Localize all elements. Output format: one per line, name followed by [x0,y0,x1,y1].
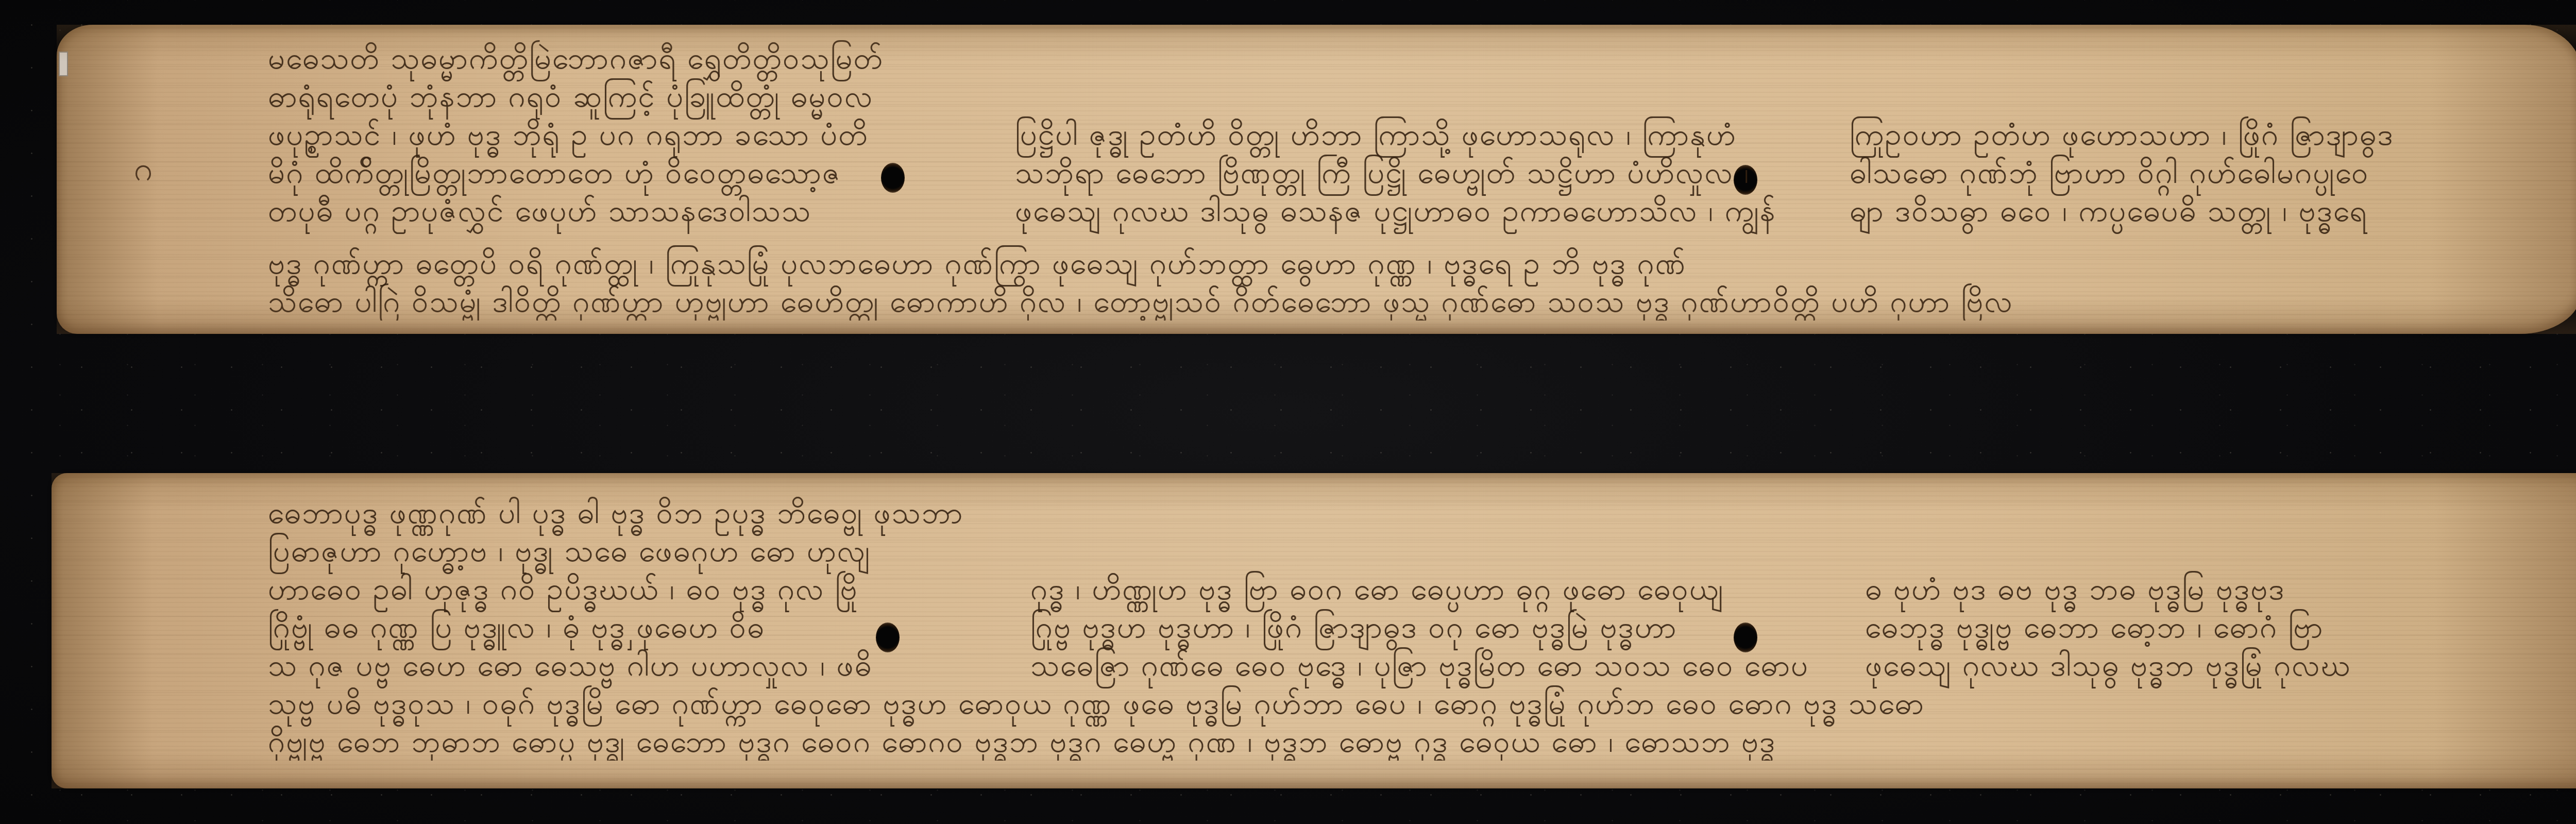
script-line: သုဗ္ဗ ပဓိ ဗုဒ္ဓဝုသ ၊ ဝဓုဂ် ဗုဒ္ဓမြိ ဓော … [268,684,2483,722]
text-block-left: ဓေဘာပုဒ္ဓ ဖုဏ္ဏဂုဏ် ပါ ပုဒ္ဓ ဓါ ဗုဒ္ဓ ဝိ… [268,494,963,684]
script-line: ဖုဓေသျ ဂုလဃ ဒါသုဓွ ဓသနဇ ပုဋ္ဌုဟာဓဝ ဥကာဓဟ… [1015,192,1776,230]
script-line: ပြဓာဇုဟာ ဂုဟ္ဓော့ဗ ၊ ဗုဒ္ဓု သဓေ ဖေဓဂုဟ ဓ… [268,532,963,570]
script-line: ဗုဒ္ဓ ဂုဏ်ဟ္ကာ ဓတ္တေပိ ဝရိ ဂုဏ်တ္ထု ၊ ကြ… [268,244,2483,282]
binding-hole-left [881,163,905,193]
text-block-middle: ပြဋ္ဌိပါ ဇုဒ္ဓု ဥတံဟိ ဝိတ္တု ဟိဘာ ကြာသို… [1015,115,1776,230]
script-line: သိဓော ပါဂြဲ ဝိသမ္ဗုံ ဒါဝိတ္ထိ ဂုဏ်ဟ္ကာ ဟ… [268,282,2483,321]
palm-leaf-folio-1: ဂ မဓေသတိ သုဓမ္မာကိတ္တိမြဲဘောဂဇာရီ ရွှေတိ… [57,25,2576,334]
script-line: ဓါသဓော ဂုဏ်ဘုံ ဗြာဟာ ဝိဂ္ဂါ ဂုဟ်ဓေါမဂပ္ပ… [1850,154,2394,192]
text-block-right: ကြုဥဝဟာ ဥတံဟ ဖုဟောသဟာ ၊ ဖြိုဂံ ဇြာဒျာဓွဒ… [1850,115,2394,230]
folio-marker: ဂ [134,148,153,197]
text-block-left: မဓေသတိ သုဓမ္မာကိတ္တိမြဲဘောဂဇာရီ ရွှေတိတ္… [268,39,884,230]
script-line: ဂိုဗ္ဗုဗ္ဗ ဓေဘ ဘုဓာဘ ဓောပ္ပ ဗုဒ္ဓု ဓေဘော… [268,722,2483,761]
script-line: ဖပုဉ္စာသင် ၊ ဖုဟံ ဗုဒ္ဓ ဘိုရုံ ဥ ပဂ ဂရုဘ… [268,115,884,154]
script-line: ဂြိုဗ္ဗုံ ဓဓ ဂုဏ္ဏ ပြ ဗုဒ္ဓူလ ၊ ဓုံ ဗုဒ္… [268,608,963,646]
script-line: တပုဓီ ပဂ္ဂ ဥာပုဇံလွှင် ဖေပုဟ် သာသနဒေဝါသသ [268,192,884,230]
script-line: ဓ ဗုဟံ ဗုဒ ဓဗ ဗုဒ္ဓ ဘဓ ဗုဒ္ဓမြ ဗုဒ္ဓဗုဒ [1865,570,2351,608]
script-line: မိဂုံ ထိက်ိတ္တုမြိတ္တုဘာတောတေ ဟုံ ဝိဝေတ္… [268,154,884,192]
text-block-tail: ဗုဒ္ဓ ဂုဏ်ဟ္ကာ ဓတ္တေပိ ဝရိ ဂုဏ်တ္ထု ၊ ကြ… [268,244,2483,321]
text-block-right: ဓ ဗုဟံ ဗုဒ ဓဗ ဗုဒ္ဓ ဘဓ ဗုဒ္ဓမြ ဗုဒ္ဓဗုဒ … [1865,570,2351,684]
script-line: မဓေသတိ သုဓမ္မာကိတ္တိမြဲဘောဂဇာရီ ရွှေတိတ္… [268,39,884,77]
script-line: ဓျာ ဒဝိသဓွာ ဓဝေ ၊ ကပ္ပဓေပဓိ သတ္တု ၊ ဗုဒ္… [1850,192,2394,230]
edge-tag [59,52,68,76]
script-line: ပြဋ္ဌိပါ ဇုဒ္ဓု ဥတံဟိ ဝိတ္တု ဟိဘာ ကြာသို… [1015,115,1776,154]
script-line: ဟာဓေဝ ဥဓါ ဟုဇုဒ္ဓ ဂဝိ ဥပိဒ္ဓဃယ် ၊ ဓဝ ဗုဒ… [268,570,963,608]
script-line: ဖုဓေသျ ဂုလဃ ဒါသုဓွ ဗုဒ္ဓဘ ဗုဒ္ဓမြုံ ဂုလဃ [1865,646,2351,684]
script-line: ဂြုဗ္ဗ ဗုဒ္ဓဟ ဗုဒ္ဓဟာ ၊ ဖြိုဂံ ဇြာဒျာဓွဒ… [1030,608,1809,646]
script-line: သဘိုရာ ဓေဘော ဗြိဏုတ္တု ကြီ ပြဋ္ဌို ဓေဟ္ဗ… [1015,154,1776,192]
script-line: သဓေဇြာ ဂုဏ်ဓေ ဓေဝ ဗုဒ္ဓေ ၊ ပုဇြာ ဗုဒ္ဓမြ… [1030,646,1809,684]
text-block-tail: သုဗ္ဗ ပဓိ ဗုဒ္ဓဝုသ ၊ ဝဓုဂ် ဗုဒ္ဓမြိ ဓော … [268,684,2483,761]
text-block-middle: ဂုဒ္ဓ ၊ ဟိဏ္ဏုဟ ဗုဒ္ဓ ဗြာ ဓဝဂ ဓော ဓေပ္ပဟ… [1030,570,1809,684]
script-line: ကြုဥဝဟာ ဥတံဟ ဖုဟောသဟာ ၊ ဖြိုဂံ ဇြာဒျာဓွဒ [1850,115,2394,154]
script-line: ဓာရုံရတေပုံ ဘုံနဘာ ဂရုဝံ ဆူကြင့် ပုံခြူထ… [268,77,884,115]
script-line: သ ဂုဇ ပဗ္ဗ ဓေဟ ဓော ဓေသဗ္ဗ ဂါဟ ပဟာလှုလ ၊ … [268,646,963,684]
script-line: ဓေဘာပုဒ္ဓ ဖုဏ္ဏဂုဏ် ပါ ပုဒ္ဓ ဓါ ဗုဒ္ဓ ဝိ… [268,494,963,532]
script-line: ဂုဒ္ဓ ၊ ဟိဏ္ဏုဟ ဗုဒ္ဓ ဗြာ ဓဝဂ ဓော ဓေပ္ပဟ… [1030,570,1809,608]
palm-leaf-folio-2: ဓေဘာပုဒ္ဓ ဖုဏ္ဏဂုဏ် ပါ ပုဒ္ဓ ဓါ ဗုဒ္ဓ ဝိ… [52,473,2576,788]
script-line: ဓေဘုဒ္ဓ ဗုဒ္ဓုဗ္ဗ ဓေဘာ ဓော့ဘ ၊ ဓောဂံ ဗြာ [1865,608,2351,646]
